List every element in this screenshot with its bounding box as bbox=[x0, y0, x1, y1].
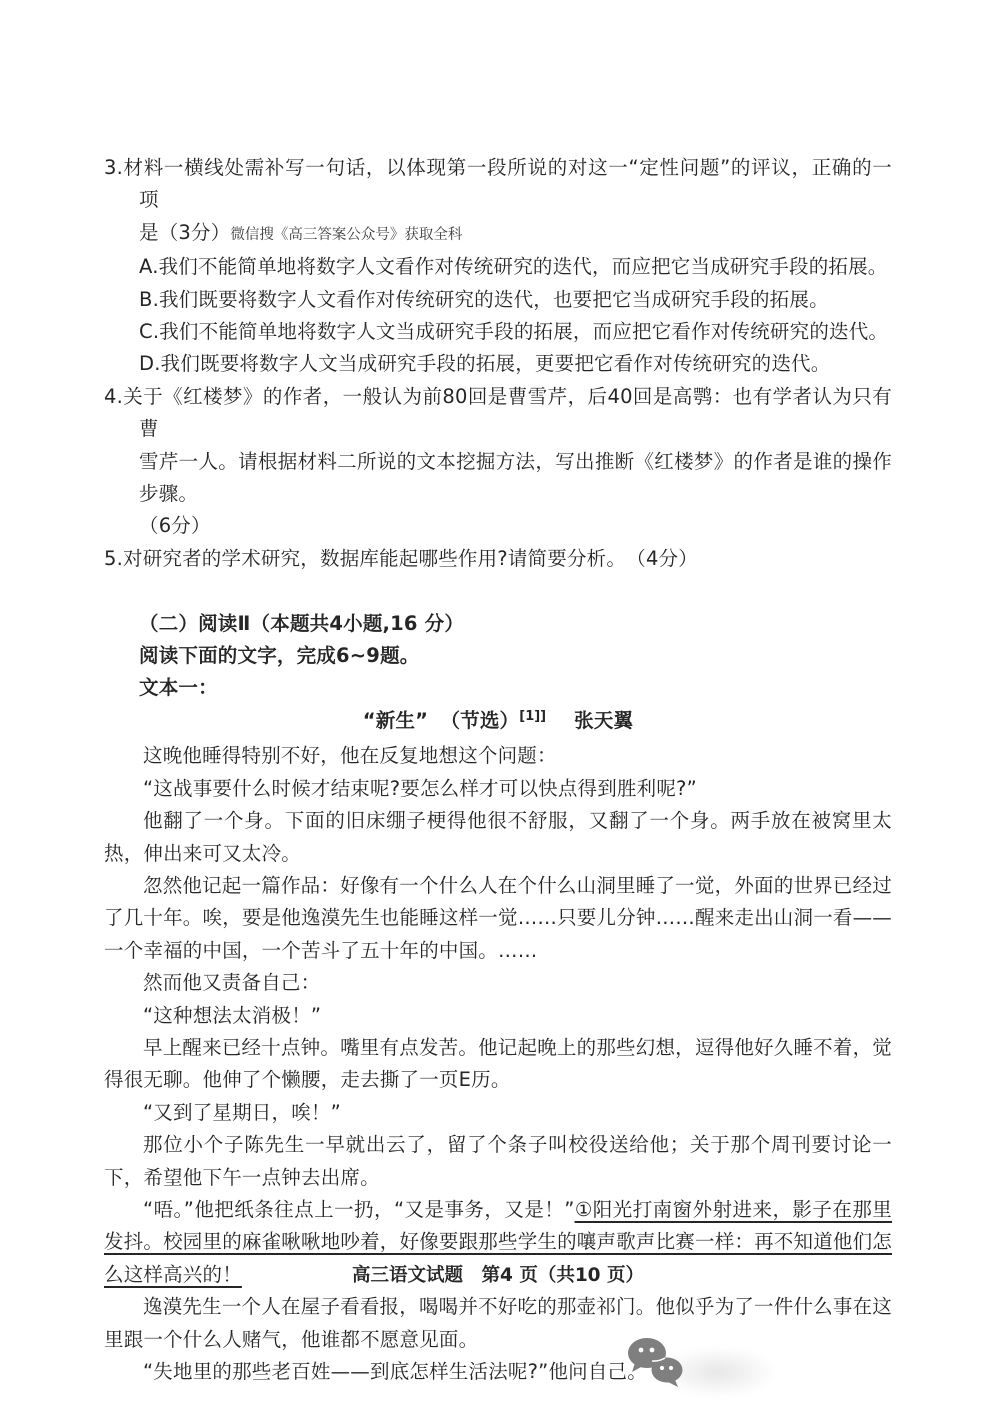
section-gap bbox=[104, 575, 892, 607]
story-paragraph-5: 然而他又责备自己： bbox=[104, 967, 892, 999]
story-subtitle: （节选） bbox=[450, 709, 519, 732]
story-paragraph-9: 那位小个子陈先生一早就出云了，留了个条子叫校役送给他；关于那个周刊要讨论一下，希… bbox=[104, 1129, 892, 1194]
story-title: “新生” bbox=[363, 709, 428, 732]
exam-content-column: 3.材料一横线处需补写一句话，以体现第一段所说的对这一“定性问题”的评议，正确的… bbox=[104, 152, 892, 1388]
story-title-line: “新生”（节选）[1]]张天翼 bbox=[104, 705, 892, 740]
story-paragraph-2: “这战事要什么时候才结束呢?要怎么样才可以快点得到胜利呢?” bbox=[104, 773, 892, 805]
story-paragraph-1: 这晚他睡得特别不好，他在反复地想这个问题： bbox=[104, 740, 892, 772]
page-footer: 高三语文试题 第4 页（共10 页） bbox=[104, 1261, 892, 1287]
section-2-instruction: 阅读下面的文字，完成6~9题。 bbox=[104, 640, 892, 672]
q3-option-a: A.我们不能简单地将数字人文看作对传统研究的迭代，而应把它当成研究手段的拓展。 bbox=[104, 251, 892, 283]
story-paragraph-8: “又到了星期日，唉！” bbox=[104, 1097, 892, 1129]
q3-score-label: 是（3分） bbox=[139, 221, 230, 244]
text-one-label: 文本一： bbox=[104, 672, 892, 704]
question-3-stem: 3.材料一横线处需补写一句话，以体现第一段所说的对这一“定性问题”的评议，正确的… bbox=[104, 152, 892, 251]
story-paragraph-3: 他翻了一个身。下面的旧床绷子梗得他很不舒服，又翻了一个身。两手放在被窝里太热，伸… bbox=[104, 805, 892, 870]
story-footnote-mark: [1]] bbox=[519, 709, 546, 724]
story-paragraph-4: 忽然他记起一篇作品：好像有一个什么人在个什么山洞里睡了一觉，外面的世界已经过了几… bbox=[104, 870, 892, 967]
q4-score-label: （6分） bbox=[139, 514, 211, 537]
q3-stem-line1: 3.材料一横线处需补写一句话，以体现第一段所说的对这一“定性问题”的评议，正确的… bbox=[104, 156, 892, 211]
q3-option-d: D.我们既要将数字人文当成研究手段的拓展，更要把它看作对传统研究的迭代。 bbox=[104, 348, 892, 380]
q3-option-c: C.我们不能简单地将数字人文当成研究手段的拓展，而应把它看作对传统研究的迭代。 bbox=[104, 316, 892, 348]
exam-page: 3.材料一横线处需补写一句话，以体现第一段所说的对这一“定性问题”的评议，正确的… bbox=[0, 0, 992, 1403]
p10-normal-text: “唔。”他把纸条往点上一扔，“又是事务，又是！” bbox=[143, 1198, 575, 1221]
section-2-heading: （二）阅读Ⅱ（本题共4小题,16 分） bbox=[104, 608, 892, 640]
story-author: 张天翼 bbox=[574, 709, 633, 732]
story-paragraph-7: 早上醒来已经十点钟。嘴里有点发苦。他记起晚上的那些幻想，逗得他好久睡不着，觉得很… bbox=[104, 1032, 892, 1097]
question-4-stem: 4.关于《红楼梦》的作者，一般认为前80回是曹雪芹，后40回是高鹗：也有学者认为… bbox=[104, 381, 892, 543]
question-5-stem: 5.对研究者的学术研究，数据库能起哪些作用?请简要分析。 （4分） bbox=[104, 543, 892, 575]
wechat-icon bbox=[625, 1337, 687, 1389]
q4-line1: 4.关于《红楼梦》的作者，一般认为前80回是曹雪芹，后40回是高鹗：也有学者认为… bbox=[104, 385, 892, 440]
q3-promo-text: 微信搜《高三答案公众号》获取全科 bbox=[230, 227, 462, 243]
q4-line2: 雪芹一人。请根据材料二所说的文本挖掘方法，写出推断《红楼梦》的作者是谁的操作步骤… bbox=[139, 450, 892, 505]
q3-option-b: B.我们既要将数字人文看作对传统研究的迭代，也要把它当成研究手段的拓展。 bbox=[104, 284, 892, 316]
story-paragraph-6: “这种想法太消极！” bbox=[104, 1000, 892, 1032]
